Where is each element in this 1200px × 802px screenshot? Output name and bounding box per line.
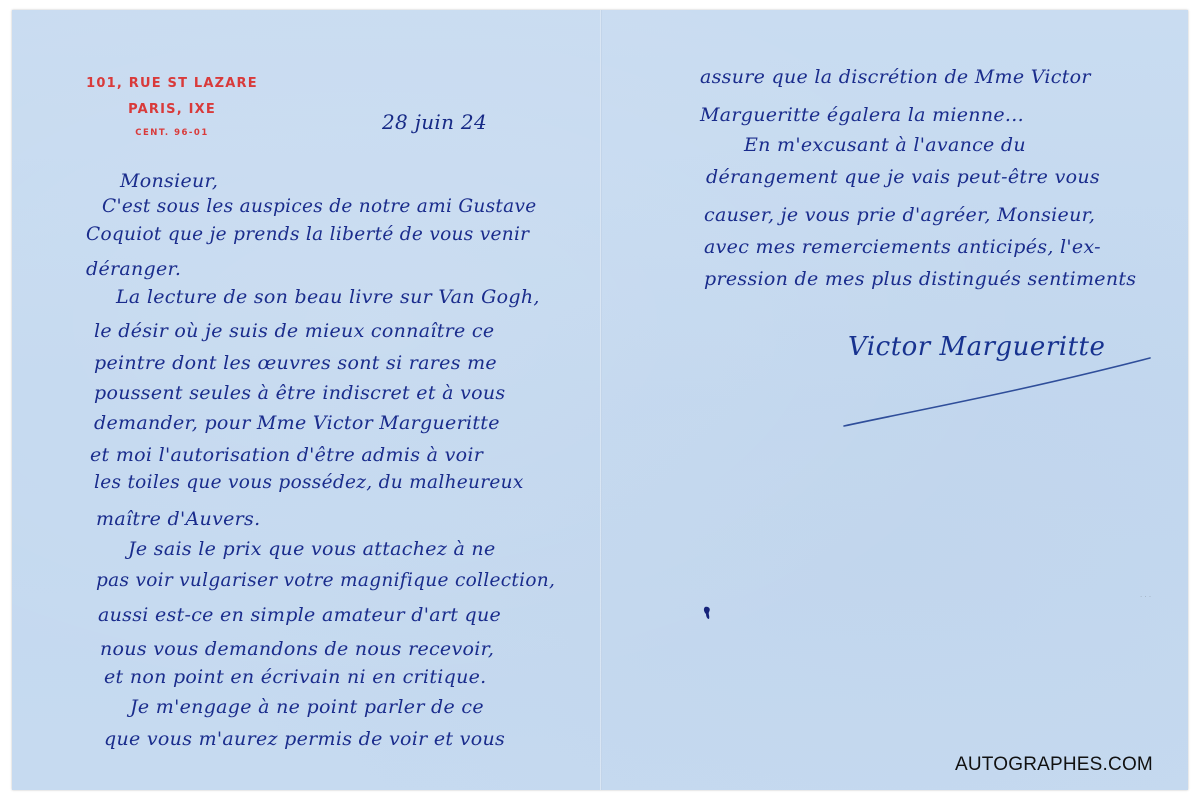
right-line: assure que la discrétion de Mme Victor — [700, 66, 1091, 88]
right-line: pression de mes plus distingués sentimen… — [704, 268, 1136, 290]
left-line: le désir où je suis de mieux connaître c… — [94, 320, 494, 342]
left-line: La lecture de son beau livre sur Van Gog… — [116, 286, 540, 308]
left-line: et moi l'autorisation d'être admis à voi… — [90, 444, 483, 466]
right-line: En m'excusant à l'avance du — [744, 134, 1026, 156]
left-line: maître d'Auvers. — [96, 508, 260, 530]
left-line: demander, pour Mme Victor Margueritte — [94, 412, 500, 434]
left-line: nous vous demandons de nous recevoir, — [100, 638, 494, 660]
left-line: Je sais le prix que vous attachez à ne — [128, 538, 496, 560]
letter-date: 28 juin 24 — [382, 110, 487, 134]
signature-underline-flourish — [838, 352, 1158, 432]
right-line: dérangement que je vais peut-être vous — [706, 166, 1100, 188]
left-line: Je m'engage à ne point parler de ce — [130, 696, 484, 718]
letterhead-phone: CENT. 96-01 — [72, 128, 272, 138]
left-line: poussent seules à être indiscret et à vo… — [94, 382, 505, 404]
salutation: Monsieur, — [120, 170, 218, 192]
watermark: AUTOGRAPHES.COM — [955, 754, 1153, 776]
ink-blot — [703, 606, 713, 620]
left-line: pas voir vulgariser votre magnifique col… — [96, 570, 555, 591]
left-line: aussi est-ce en simple amateur d'art que — [98, 604, 501, 626]
left-line: C'est sous les auspices de notre ami Gus… — [102, 196, 537, 217]
letterhead-city: PARIS, IXE — [72, 102, 272, 117]
letterhead-street: 101, RUE ST LAZARE — [72, 76, 272, 91]
margin-marks: · · · — [1140, 593, 1151, 601]
left-line: peintre dont les œuvres sont si rares me — [94, 352, 497, 374]
left-line: que vous m'aurez permis de voir et vous — [104, 728, 505, 750]
right-line: avec mes remerciements anticipés, l'ex- — [704, 236, 1101, 258]
left-line: les toiles que vous possédez, du malheur… — [94, 472, 524, 493]
center-fold — [600, 10, 602, 790]
left-line: déranger. — [86, 258, 181, 280]
left-line: Coquiot que je prends la liberté de vous… — [86, 224, 529, 245]
right-line: Margueritte égalera la mienne... — [700, 104, 1024, 126]
left-line: et non point en écrivain ni en critique. — [104, 666, 487, 688]
right-line: causer, je vous prie d'agréer, Monsieur, — [704, 204, 1095, 226]
